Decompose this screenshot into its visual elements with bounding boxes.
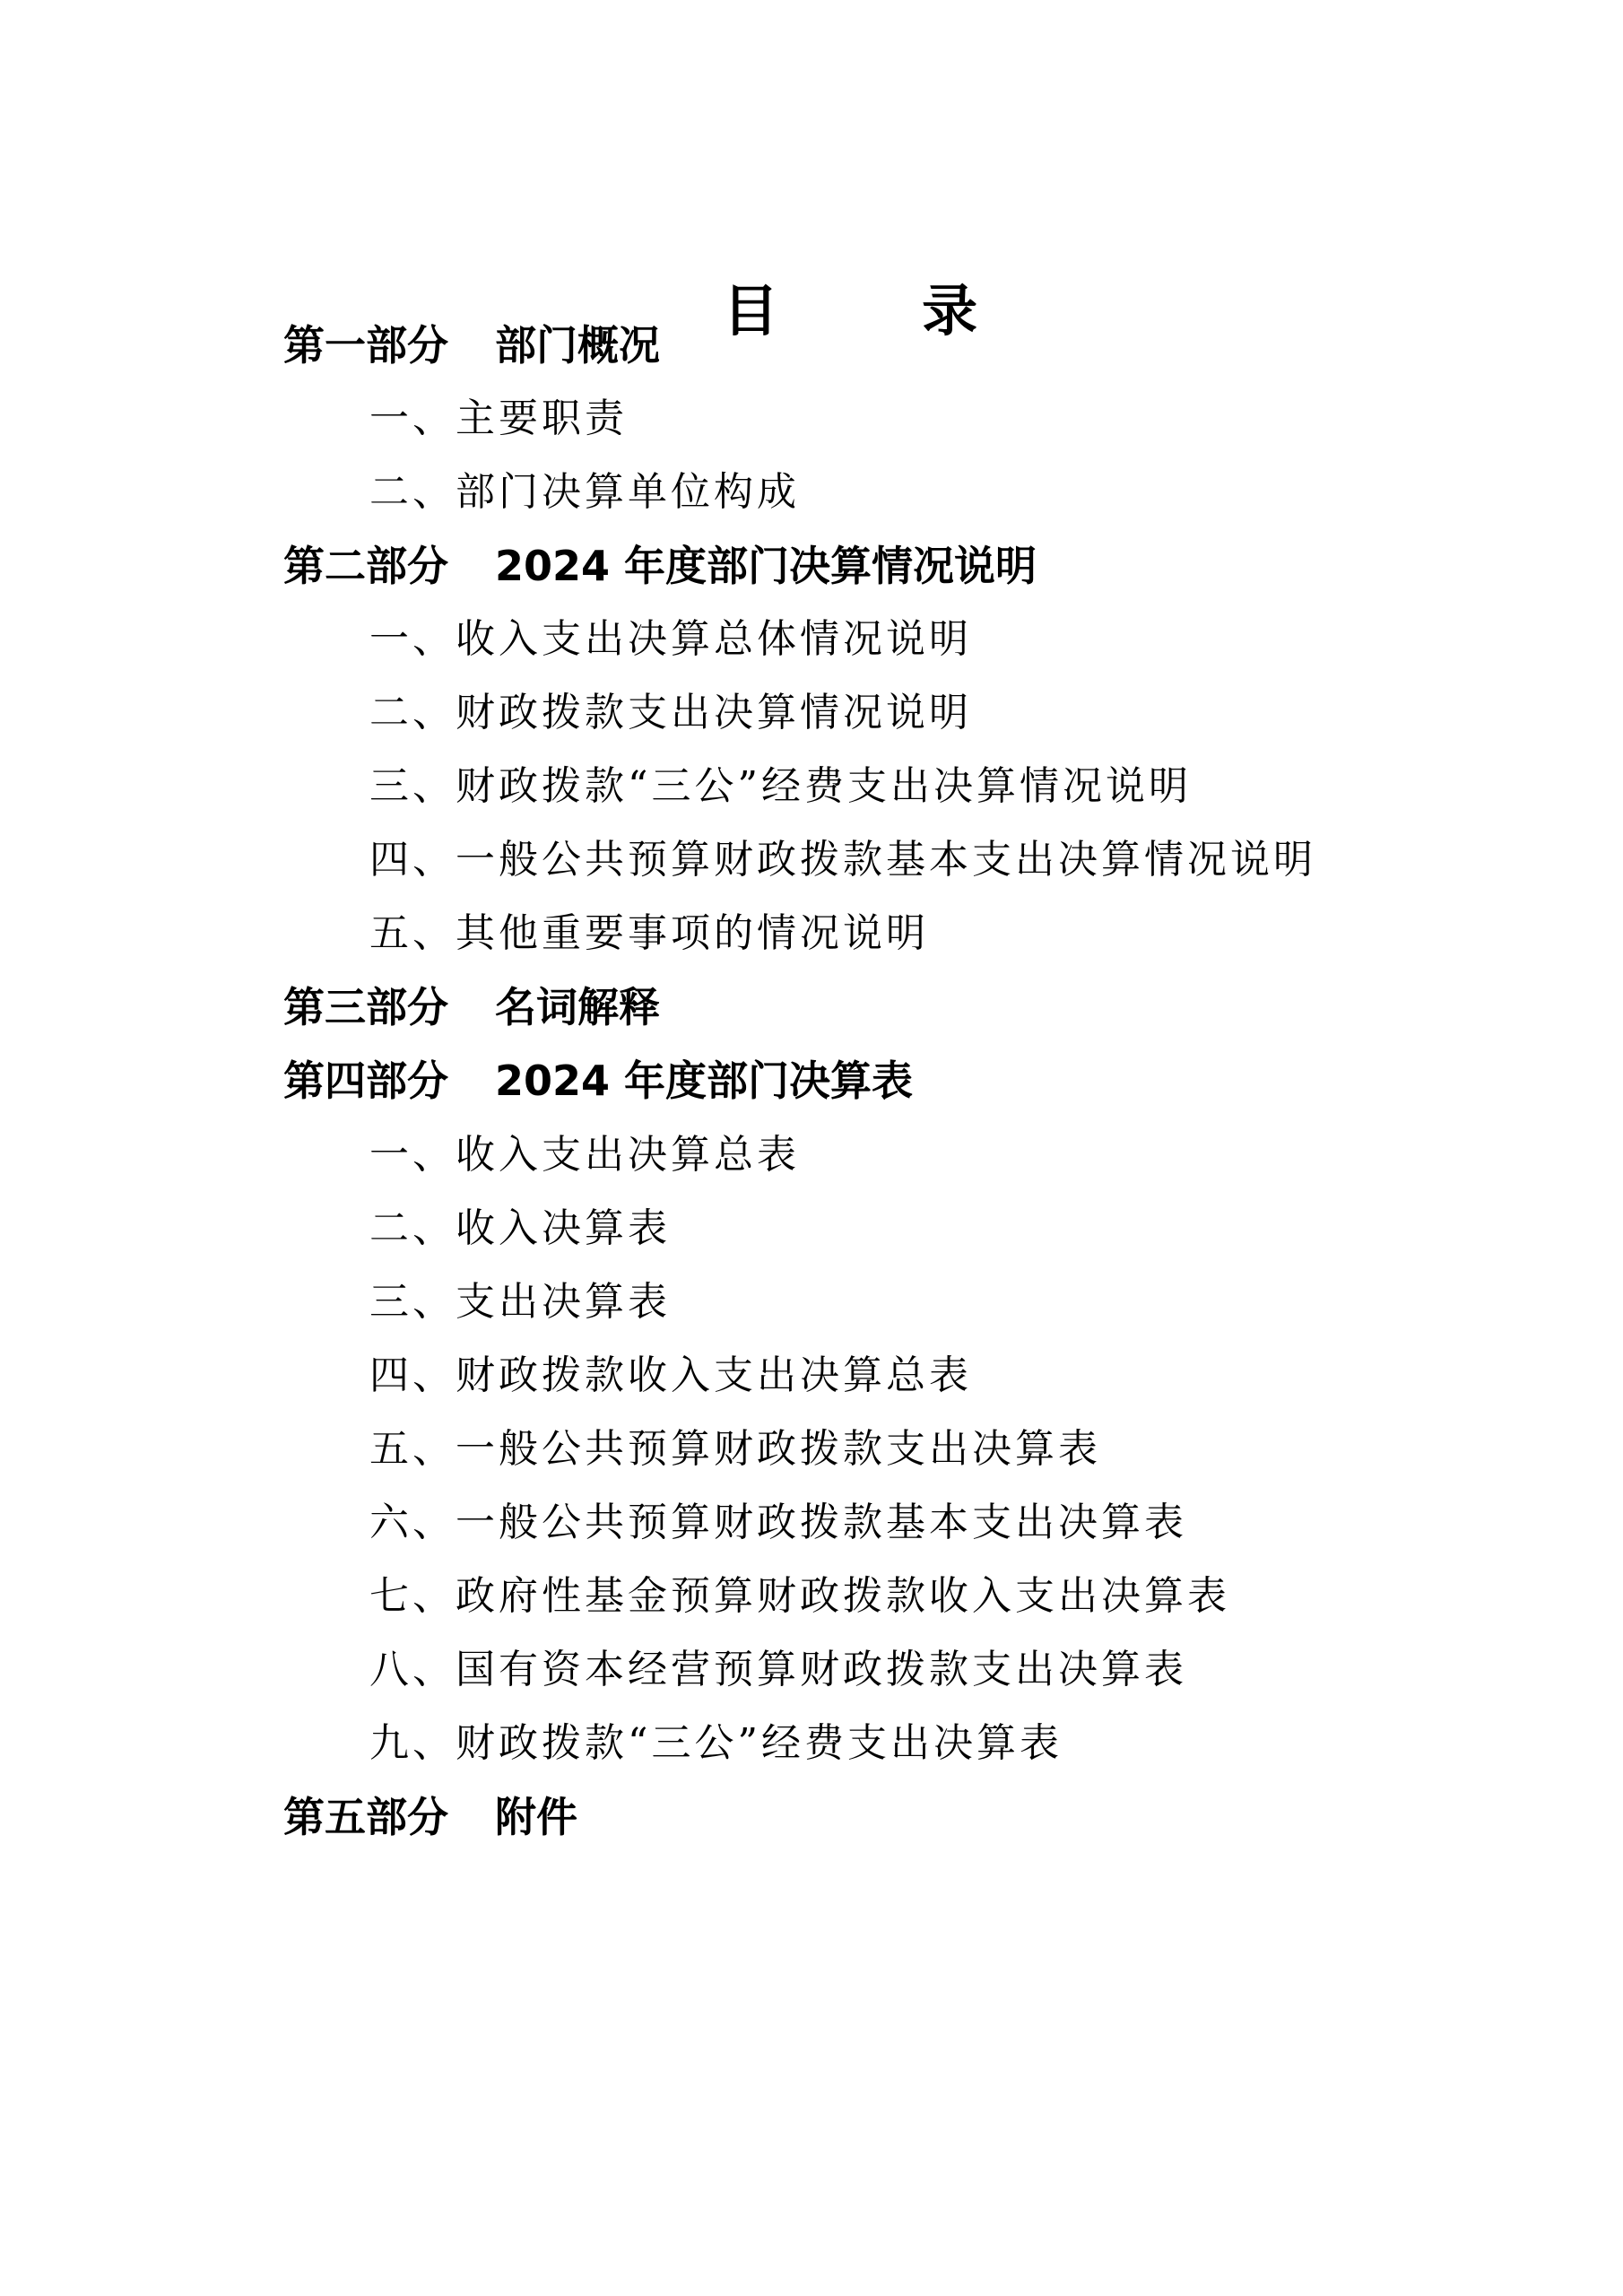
item-title: 二、财政拨款支出决算情况说明 xyxy=(369,690,972,735)
toc-item[interactable]: 九、财政拨款“三公”经费支出决算表 xyxy=(0,1707,1623,1780)
toc-part-1[interactable]: 第一部分部门概况 xyxy=(0,309,1623,382)
toc-item[interactable]: 八、国有资本经营预算财政拨款支出决算表 xyxy=(0,1633,1623,1707)
item-title: 八、国有资本经营预算财政拨款支出决算表 xyxy=(369,1647,1187,1692)
item-title: 三、财政拨款“三公”经费支出决算情况说明 xyxy=(369,763,1192,809)
item-title: 六、一般公共预算财政拨款基本支出决算表 xyxy=(369,1500,1187,1545)
table-of-contents: 第一部分部门概况 一、主要职责 二、部门决算单位构成 第二部分2024 年度部门… xyxy=(0,309,1623,1854)
part-title: 部门概况 xyxy=(495,321,660,370)
part-title: 名词解释 xyxy=(495,983,660,1031)
toc-item[interactable]: 四、一般公共预算财政拨款基本支出决算情况说明 xyxy=(0,823,1623,897)
part-label: 第一部分 xyxy=(283,309,495,382)
toc-item[interactable]: 二、部门决算单位构成 xyxy=(0,456,1623,529)
toc-item[interactable]: 三、支出决算表 xyxy=(0,1265,1623,1339)
item-title: 五、一般公共预算财政拨款支出决算表 xyxy=(369,1426,1101,1472)
part-label: 第二部分 xyxy=(283,529,495,603)
toc-part-3[interactable]: 第三部分名词解释 xyxy=(0,970,1623,1044)
part-title: 附件 xyxy=(495,1793,577,1841)
toc-item[interactable]: 四、财政拨款收入支出决算总表 xyxy=(0,1339,1623,1413)
toc-item[interactable]: 五、其他重要事项的情况说明 xyxy=(0,897,1623,970)
toc-item[interactable]: 一、主要职责 xyxy=(0,382,1623,456)
item-title: 一、收入支出决算总表 xyxy=(369,1132,800,1178)
toc-part-5[interactable]: 第五部分附件 xyxy=(0,1780,1623,1854)
item-title: 一、收入支出决算总体情况说明 xyxy=(369,616,972,662)
page-title: 目录 xyxy=(0,190,1623,271)
toc-item[interactable]: 三、财政拨款“三公”经费支出决算情况说明 xyxy=(0,750,1623,823)
toc-item[interactable]: 二、财政拨款支出决算情况说明 xyxy=(0,676,1623,750)
item-title: 一、主要职责 xyxy=(369,396,628,441)
toc-item[interactable]: 一、收入支出决算总表 xyxy=(0,1118,1623,1192)
part-label: 第三部分 xyxy=(283,970,495,1044)
item-title: 四、财政拨款收入支出决算总表 xyxy=(369,1352,972,1398)
toc-item[interactable]: 一、收入支出决算总体情况说明 xyxy=(0,603,1623,676)
toc-item[interactable]: 六、一般公共预算财政拨款基本支出决算表 xyxy=(0,1486,1623,1560)
item-title: 二、收入决算表 xyxy=(369,1205,671,1251)
document-page: 目录 第一部分部门概况 一、主要职责 二、部门决算单位构成 第二部分2024 年… xyxy=(0,0,1623,2296)
item-title: 七、政府性基金预算财政拨款收入支出决算表 xyxy=(369,1573,1230,1619)
part-label: 第五部分 xyxy=(283,1780,495,1854)
item-title: 五、其他重要事项的情况说明 xyxy=(369,910,929,956)
item-title: 二、部门决算单位构成 xyxy=(369,469,800,515)
part-title: 2024 年度部门决算情况说明 xyxy=(495,542,1037,590)
toc-part-4[interactable]: 第四部分2024 年度部门决算表 xyxy=(0,1044,1623,1118)
toc-part-2[interactable]: 第二部分2024 年度部门决算情况说明 xyxy=(0,529,1623,603)
toc-item[interactable]: 五、一般公共预算财政拨款支出决算表 xyxy=(0,1413,1623,1486)
toc-item[interactable]: 二、收入决算表 xyxy=(0,1192,1623,1265)
toc-item[interactable]: 七、政府性基金预算财政拨款收入支出决算表 xyxy=(0,1560,1623,1633)
part-title: 2024 年度部门决算表 xyxy=(495,1057,913,1105)
item-title: 四、一般公共预算财政拨款基本支出决算情况说明 xyxy=(369,837,1316,883)
item-title: 三、支出决算表 xyxy=(369,1279,671,1325)
part-label: 第四部分 xyxy=(283,1044,495,1118)
item-title: 九、财政拨款“三公”经费支出决算表 xyxy=(369,1720,1063,1766)
